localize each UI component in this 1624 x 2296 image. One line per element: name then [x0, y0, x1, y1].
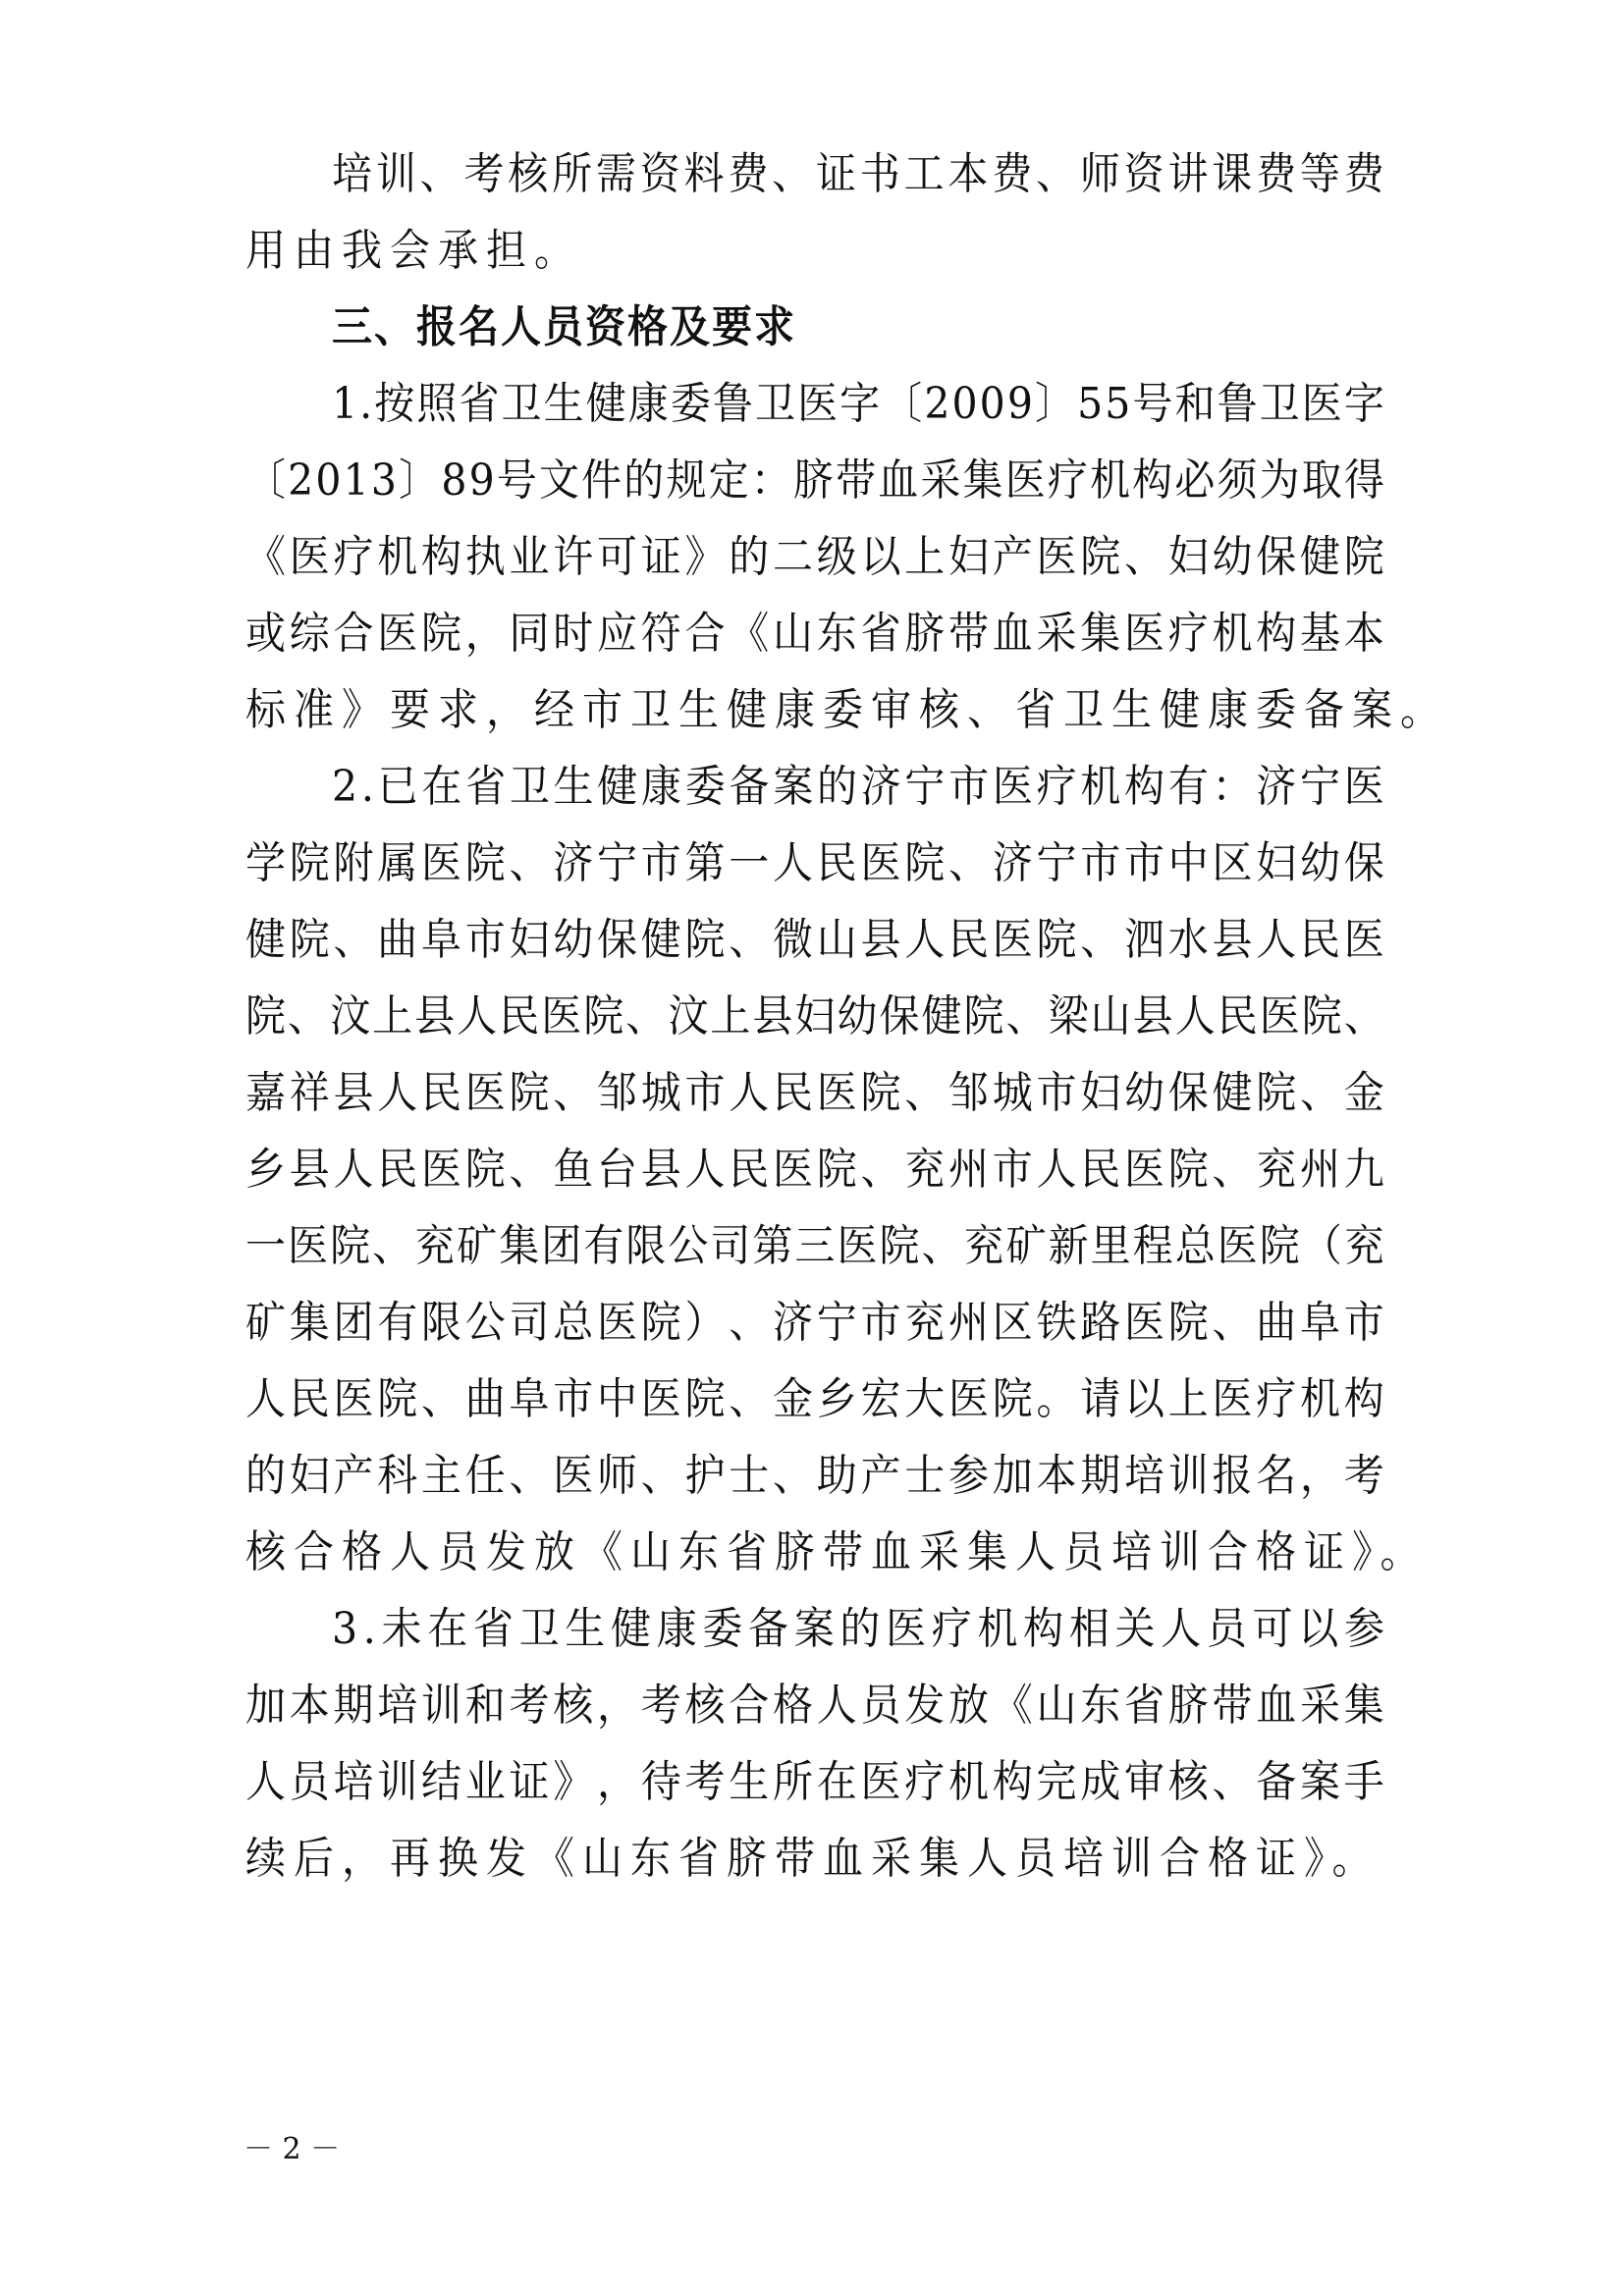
item-1-line-4: 或综合医院，同时应符合《山东省脐带血采集医疗机构基本: [245, 602, 1384, 666]
item-3-line-1: 3.未在省卫生健康委备案的医疗机构相关人员可以参: [332, 1597, 1384, 1661]
item-1-line-1: 1.按照省卫生健康委鲁卫医字〔2009〕55号和鲁卫医字: [332, 372, 1384, 436]
item-1-line-5: 标准》要求，经市卫生健康委审核、省卫生健康委备案。: [245, 678, 1384, 742]
paragraph-fees-line-1: 培训、考核所需资料费、证书工本费、师资讲课费等费: [332, 142, 1384, 206]
item-2-line-10: 的妇产科主任、医师、护士、助产士参加本期培训报名，考: [245, 1444, 1384, 1508]
item-3-line-3: 人员培训结业证》，待考生所在医疗机构完成审核、备案手: [245, 1750, 1384, 1814]
item-2-line-5: 嘉祥县人民医院、邹城市人民医院、邹城市妇幼保健院、金: [245, 1061, 1384, 1125]
item-2-line-7: 一医院、兖矿集团有限公司第三医院、兖矿新里程总医院（兖: [245, 1214, 1384, 1278]
item-3-line-2: 加本期培训和考核，考核合格人员发放《山东省脐带血采集: [245, 1674, 1384, 1737]
item-2-line-3: 健院、曲阜市妇幼保健院、微山县人民医院、泗水县人民医: [245, 908, 1384, 972]
section-heading: 三、报名人员资格及要求: [332, 295, 796, 359]
document-page: 培训、考核所需资料费、证书工本费、师资讲课费等费 用由我会承担。 三、报名人员资…: [0, 0, 1624, 2296]
item-1-line-2: 〔2013〕89号文件的规定：脐带血采集医疗机构必须为取得: [245, 449, 1384, 512]
item-2-line-8: 矿集团有限公司总医院）、济宁市兖州区铁路医院、曲阜市: [245, 1291, 1384, 1355]
item-2-line-2: 学院附属医院、济宁市第一人民医院、济宁市市中区妇幼保: [245, 831, 1384, 895]
item-1-line-3: 《医疗机构执业许可证》的二级以上妇产医院、妇幼保健院: [245, 525, 1384, 589]
item-2-line-11: 核合格人员发放《山东省脐带血采集人员培训合格证》。: [245, 1521, 1384, 1584]
item-2-line-1: 2.已在省卫生健康委备案的济宁市医疗机构有：济宁医: [332, 755, 1384, 819]
item-2-line-6: 乡县人民医院、鱼台县人民医院、兖州市人民医院、兖州九: [245, 1138, 1384, 1201]
item-2-line-9: 人民医院、曲阜市中医院、金乡宏大医院。请以上医疗机构: [245, 1367, 1384, 1431]
item-3-line-4: 续后，再换发《山东省脐带血采集人员培训合格证》。: [245, 1827, 1384, 1891]
paragraph-fees-line-2: 用由我会承担。: [245, 219, 1384, 283]
item-2-line-4: 院、汶上县人民医院、汶上县妇幼保健院、梁山县人民医院、: [245, 985, 1384, 1048]
page-number: － 2 －: [244, 2132, 340, 2167]
